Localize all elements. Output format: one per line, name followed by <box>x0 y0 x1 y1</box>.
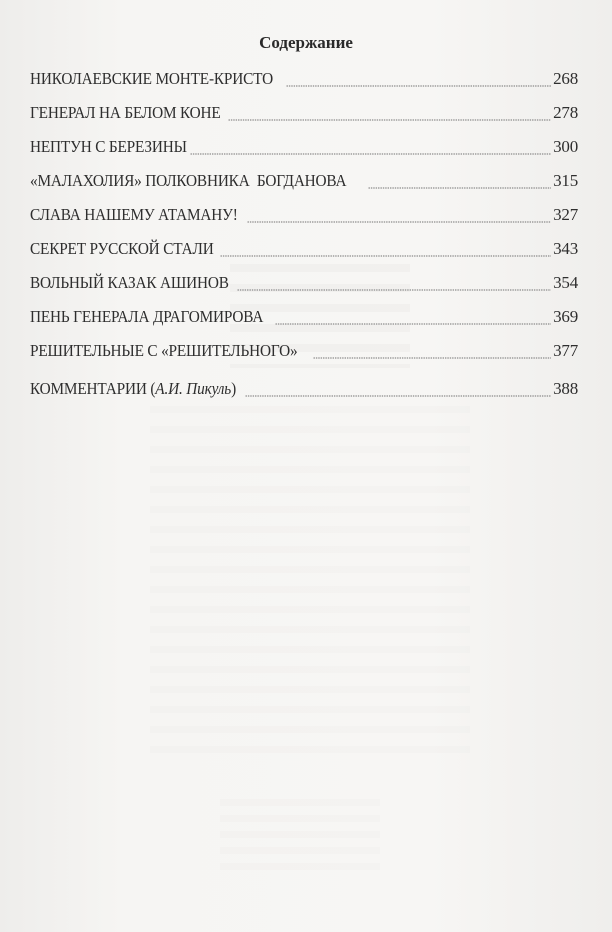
page-title: Содержание <box>0 33 612 53</box>
toc-entry[interactable]: ВОЛЬНЫЙ КАЗАК АШИНОВ354 <box>30 266 578 300</box>
table-of-contents: НИКОЛАЕВСКИЕ МОНТЕ-КРИСТО268 ГЕНЕРАЛ НА … <box>30 62 578 406</box>
comments-author: А.И. Пикуль <box>155 379 231 398</box>
show-through-shadow <box>150 400 470 760</box>
toc-entry-title: ГЕНЕРАЛ НА БЕЛОМ КОНЕ <box>30 96 221 130</box>
dot-leader <box>220 252 551 260</box>
dot-leader <box>245 392 551 400</box>
dot-leader <box>190 150 551 158</box>
dot-leader <box>237 286 551 294</box>
toc-entry-page: 354 <box>553 266 578 300</box>
toc-entry-title: «МАЛАХОЛИЯ» ПОЛКОВНИКА БОГДАНОВА <box>30 164 346 198</box>
toc-entry[interactable]: НИКОЛАЕВСКИЕ МОНТЕ-КРИСТО268 <box>30 62 578 96</box>
book-page: Содержание НИКОЛАЕВСКИЕ МОНТЕ-КРИСТО268 … <box>0 0 612 932</box>
dot-leader <box>368 184 552 192</box>
comments-close-paren: ) <box>231 379 236 398</box>
toc-entry-title: НИКОЛАЕВСКИЕ МОНТЕ-КРИСТО <box>30 62 273 96</box>
toc-entry-page: 268 <box>553 62 578 96</box>
comments-label: КОММЕНТАРИИ ( <box>30 379 155 398</box>
dot-leader <box>286 82 551 90</box>
dot-leader <box>247 218 551 226</box>
toc-entry[interactable]: «МАЛАХОЛИЯ» ПОЛКОВНИКА БОГДАНОВА315 <box>30 164 578 198</box>
toc-entry-title: РЕШИТЕЛЬНЫЕ С «РЕШИТЕЛЬНОГО» <box>30 334 297 368</box>
toc-entry-title: ПЕНЬ ГЕНЕРАЛА ДРАГОМИРОВА <box>30 300 263 334</box>
dot-leader <box>313 354 551 362</box>
toc-entry-comments[interactable]: КОММЕНТАРИИ (А.И. Пикуль)388 <box>30 372 578 406</box>
toc-entry-title: НЕПТУН С БЕРЕЗИНЫ <box>30 130 187 164</box>
toc-entry-page: 315 <box>553 164 578 198</box>
toc-entry[interactable]: СЛАВА НАШЕМУ АТАМАНУ!327 <box>30 198 578 232</box>
toc-entry[interactable]: ГЕНЕРАЛ НА БЕЛОМ КОНЕ278 <box>30 96 578 130</box>
toc-entry-title: ВОЛЬНЫЙ КАЗАК АШИНОВ <box>30 266 229 300</box>
toc-entry-page: 388 <box>553 372 578 406</box>
toc-entry[interactable]: ПЕНЬ ГЕНЕРАЛА ДРАГОМИРОВА369 <box>30 300 578 334</box>
toc-entry-title: КОММЕНТАРИИ (А.И. Пикуль) <box>30 372 236 406</box>
dot-leader <box>275 320 551 328</box>
toc-entry[interactable]: СЕКРЕТ РУССКОЙ СТАЛИ343 <box>30 232 578 266</box>
show-through-shadow <box>220 795 380 870</box>
toc-entry-title: СЛАВА НАШЕМУ АТАМАНУ! <box>30 198 238 232</box>
toc-entry-page: 377 <box>553 334 578 368</box>
toc-entry[interactable]: РЕШИТЕЛЬНЫЕ С «РЕШИТЕЛЬНОГО»377 <box>30 334 578 368</box>
toc-entry[interactable]: НЕПТУН С БЕРЕЗИНЫ300 <box>30 130 578 164</box>
toc-entry-page: 300 <box>553 130 578 164</box>
toc-entry-page: 369 <box>553 300 578 334</box>
toc-entry-page: 327 <box>553 198 578 232</box>
toc-entry-title: СЕКРЕТ РУССКОЙ СТАЛИ <box>30 232 214 266</box>
toc-entry-page: 343 <box>553 232 578 266</box>
toc-entry-page: 278 <box>553 96 578 130</box>
dot-leader <box>228 116 551 124</box>
